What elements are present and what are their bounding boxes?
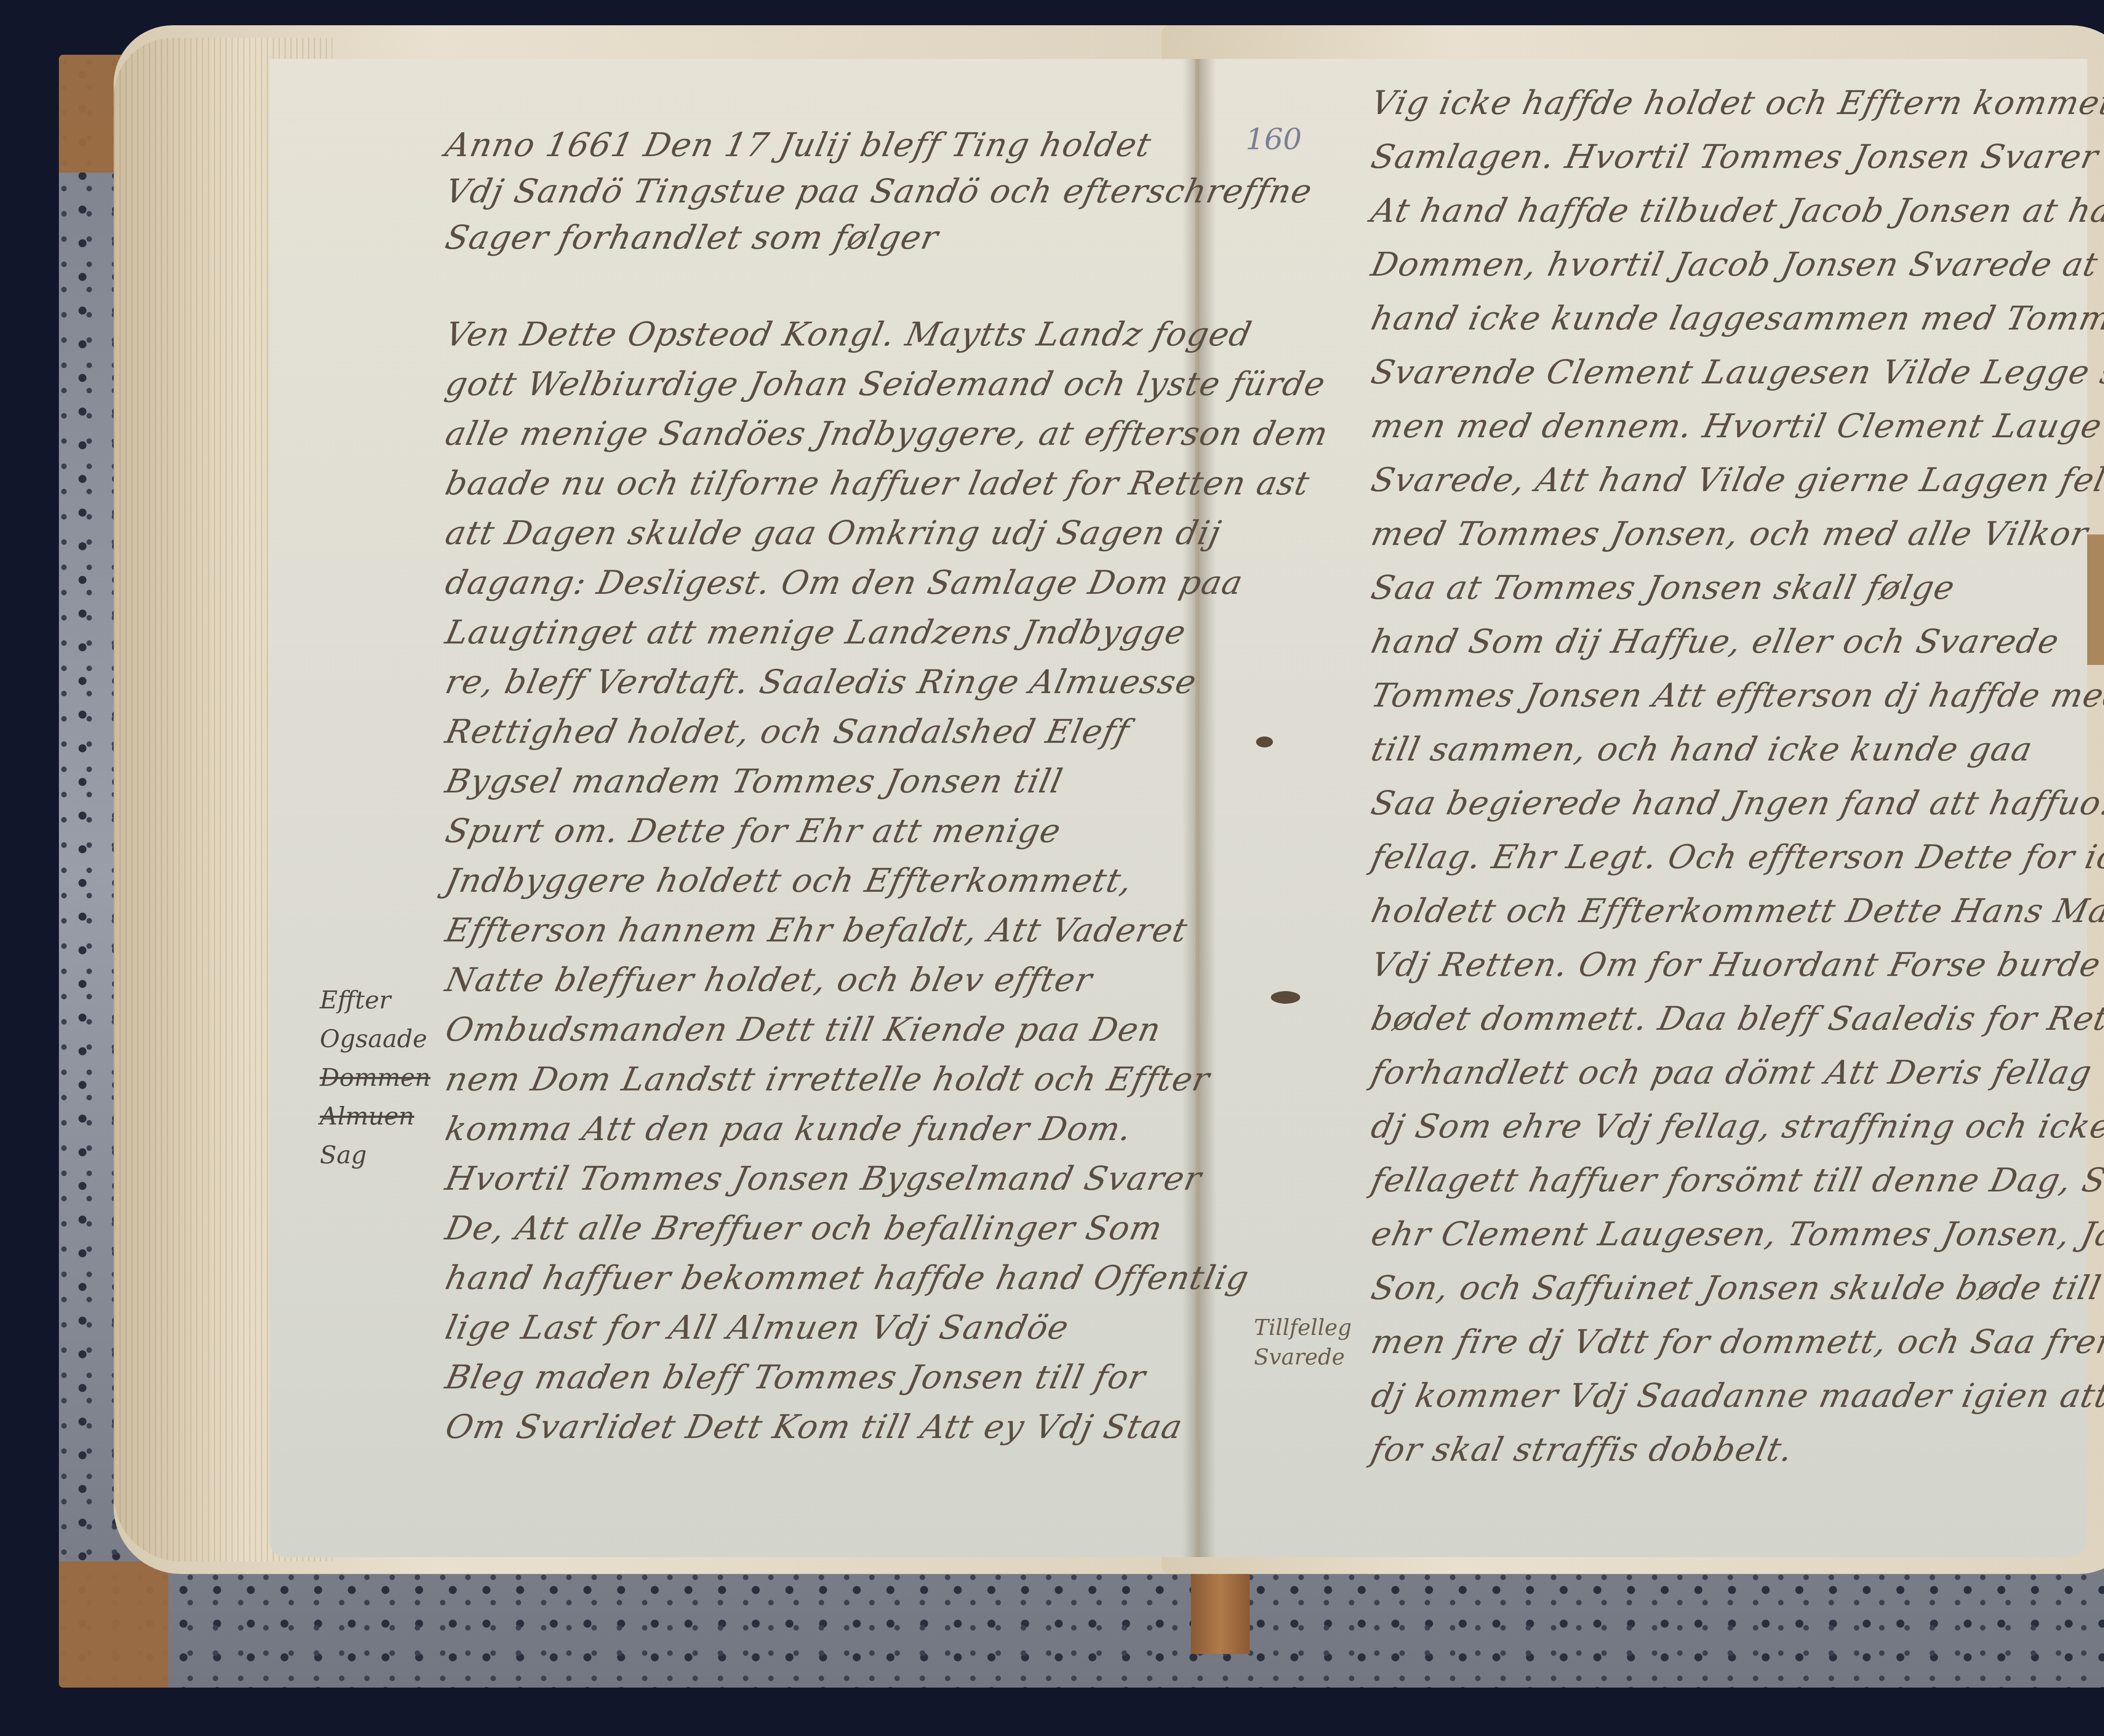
handwritten-line: Bygsel mandem Tommes Jonsen till (442, 763, 1066, 800)
paper-hole (1256, 736, 1273, 747)
handwritten-line: men med dennem. Hvortil Clement Lauge (1368, 407, 2104, 445)
handwritten-line: Svarende Clement Laugesen Vilde Legge sa… (1368, 354, 2104, 391)
handwritten-line: holdett och Effterkommett Dette Hans May… (1368, 892, 2104, 930)
handwritten-line: Natte bleffuer holdet, och blev effter (442, 961, 1096, 999)
margin-note-line: Tillfelleg (1254, 1313, 1352, 1343)
handwritten-line: Saa begierede hand Jngen fand att haffuo… (1368, 784, 2104, 822)
handwritten-line: komma Att den paa kunde funder Dom. (442, 1110, 1135, 1148)
handwritten-line: Om Svarlidet Dett Kom till Att ey Vdj St… (442, 1408, 1186, 1446)
handwritten-line: Samlagen. Hvortil Tommes Jonsen Svarer (1368, 138, 2102, 176)
handwritten-line: Vdj Sandö Tingstue paa Sandö och eftersc… (442, 173, 1316, 210)
right-margin-note: TillfellegSvarede (1254, 1313, 1352, 1372)
handwritten-line: Effterson hannem Ehr befaldt, Att Vadere… (442, 912, 1191, 949)
handwritten-line: Hvortil Tommes Jonsen Bygselmand Svarer (442, 1160, 1205, 1198)
handwritten-line: Dommen, hvortil Jacob Jonsen Svarede at (1368, 246, 2101, 284)
handwritten-line: Sager forhandlet som følger (442, 219, 942, 257)
handwritten-line: Ven Dette Opsteod Kongl. Maytts Landz fo… (442, 316, 1255, 354)
handwritten-line: Svarede, Att hand Vilde gierne Laggen fe… (1368, 461, 2104, 499)
handwritten-line: alle menige Sandöes Jndbyggere, at effte… (442, 415, 1332, 453)
handwritten-line: ehr Clement Laugesen, Tommes Jonsen, Jac… (1368, 1215, 2104, 1253)
handwritten-line: bødet dommett. Daa bleff Saaledis for Re… (1368, 1000, 2104, 1038)
handwritten-line: for skal straffis dobbelt. (1368, 1431, 1796, 1469)
handwritten-line: Saa at Tommes Jonsen skall følge (1368, 569, 1958, 607)
handwritten-line: till sammen, och hand icke kunde gaa (1368, 731, 2036, 768)
handwritten-line: forhandlett och paa dömt Att Deris fella… (1368, 1054, 2096, 1092)
leather-corner-bottom-left (59, 1561, 168, 1688)
handwritten-line: At hand haffde tilbudet Jacob Jonsen at … (1368, 192, 2104, 230)
handwritten-line: Vig icke haffde holdet och Efftern komme… (1368, 84, 2104, 122)
handwritten-line: fellagett haffuer forsömt till denne Dag… (1368, 1162, 2104, 1199)
margin-note-line: Effter (320, 981, 446, 1019)
handwritten-line: med Tommes Jonsen, och med alle Vilkor (1368, 515, 2092, 553)
handwritten-line: hand icke kunde laggesammen med Tommes (1368, 300, 2104, 338)
handwritten-line: Spurt om. Dette for Ehr att menige (442, 812, 1065, 850)
page-number: 160 (1246, 122, 1302, 157)
handwritten-line: Son, och Saffuinet Jonsen skulde bøde ti… (1368, 1269, 2104, 1307)
handwritten-line: nem Dom Landstt irrettelle holdt och Eff… (442, 1061, 1213, 1098)
handwritten-line: hand Som dij Haffue, eller och Svarede (1368, 623, 2063, 661)
handwritten-line: Bleg maden bleff Tommes Jonsen till for (442, 1358, 1149, 1396)
handwritten-line: Vdj Retten. Om for Huordant Forse burde … (1368, 946, 2104, 984)
handwritten-line: Ombudsmanden Dett till Kiende paa Den (442, 1011, 1164, 1049)
paper-hole (1271, 991, 1300, 1004)
handwritten-line: gott Welbiurdige Johan Seidemand och lys… (442, 365, 1329, 403)
handwritten-line: lige Last for All Almuen Vdj Sandöe (442, 1309, 1072, 1347)
handwritten-line: Laugtinget att menige Landzens Jndbygge (442, 614, 1190, 651)
margin-note-line: Dommen (320, 1058, 446, 1097)
handwritten-line: baade nu och tilforne haffuer ladet for … (442, 465, 1313, 502)
handwritten-line: Anno 1661 Den 17 Julij bleff Ting holdet (442, 126, 1155, 164)
left-margin-note: EffterOgsaadeDommenAlmuenSag (320, 981, 446, 1174)
handwritten-line: re, bleff Verdtaft. Saaledis Ringe Almue… (442, 663, 1200, 701)
handwritten-line: De, Att alle Breffuer och befallinger So… (442, 1210, 1166, 1247)
margin-note-line: Ogsaade (320, 1019, 446, 1058)
handwritten-line: Jndbyggere holdett och Effterkommett, (442, 862, 1136, 900)
repair-patch (2087, 534, 2104, 665)
handwritten-line: dagang: Desligest. Om den Samlage Dom pa… (442, 564, 1246, 602)
handwritten-line: fellag. Ehr Legt. Och effterson Dette fo… (1368, 838, 2104, 876)
page-gutter (1182, 59, 1216, 1557)
margin-note-line: Svarede (1254, 1343, 1352, 1372)
handwritten-line: dj kommer Vdj Saadanne maader igien att … (1368, 1377, 2104, 1415)
handwritten-line: dj Som ehre Vdj fellag, straffning och i… (1368, 1108, 2104, 1146)
handwritten-line: hand haffuer bekommet haffde hand Offent… (442, 1259, 1253, 1297)
handwritten-line: att Dagen skulde gaa Omkring udj Sagen d… (442, 514, 1225, 552)
margin-note-line: Almuen (320, 1097, 446, 1135)
margin-note-line: Sag (320, 1135, 446, 1174)
handwritten-line: men fire dj Vdtt for dommett, och Saa fr… (1368, 1323, 2104, 1361)
handwritten-line: Rettighed holdet, och Sandalshed Eleff (442, 713, 1133, 751)
handwritten-line: Tommes Jonsen Att effterson dj haffde me… (1368, 677, 2104, 715)
